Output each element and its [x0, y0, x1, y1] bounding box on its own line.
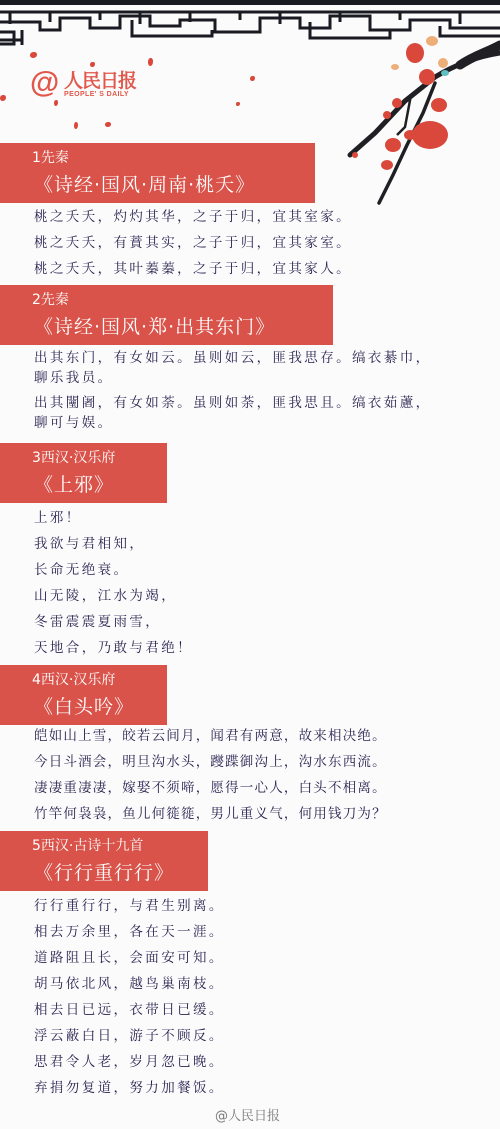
section-title: 《上邪》 [34, 473, 114, 497]
poem-line: 桃之夭夭，灼灼其华，之子于归，宜其室家。 [34, 204, 352, 230]
poem-line: 竹竿何袅袅，鱼儿何簁簁，男儿重义气，何用钱刀为？ [34, 801, 387, 827]
petal-decoration [54, 100, 58, 106]
poem-body-3: 上邪！ 我欲与君相知， 长命无绝衰。 山无陵，江水为竭， 冬雷震震夏雨雪， 天地… [34, 505, 193, 661]
petal-decoration [236, 102, 240, 106]
petal-decoration [148, 58, 153, 66]
poem-body-1: 桃之夭夭，灼灼其华，之子于归，宜其室家。 桃之夭夭，有蕡其实，之子于归，宜其家室… [34, 204, 352, 282]
poem-line: 思君令人老，岁月忽已晚。 [34, 1049, 225, 1075]
petal-decoration [30, 52, 37, 58]
section-title: 《白头吟》 [34, 695, 134, 719]
section-banner-5: 5西汉·古诗十九首 《行行重行行》 [0, 831, 208, 891]
poem-line: 相去万余里，各在天一涯。 [34, 919, 225, 945]
petal-decoration [74, 122, 78, 129]
poem-line: 上邪！ [34, 505, 193, 531]
poem-line: 桃之夭夭，其叶蓁蓁，之子于归，宜其家人。 [34, 256, 352, 282]
poem-line: 长命无绝衰。 [34, 557, 193, 583]
petal-decoration [105, 122, 111, 127]
poem-line: 弃捐勿复道，努力加餐饭。 [34, 1075, 225, 1101]
section-banner-1: 1先秦 《诗经·国风·周南·桃夭》 [0, 143, 315, 203]
section-banner-3: 3西汉·汉乐府 《上邪》 [0, 443, 167, 503]
section-title: 《诗经·国风·郑·出其东门》 [34, 315, 275, 339]
logo-english-name: PEOPLE' S DAILY [64, 91, 129, 98]
section-era: 2先秦 [32, 291, 69, 309]
poem-body-2: 出其东门，有女如云。虽则如云，匪我思存。缟衣綦巾，聊乐我员。 出其闉阇，有女如荼… [34, 348, 444, 438]
poem-body-4: 皑如山上雪，皎若云间月，闻君有两意，故来相决绝。 今日斗酒会，明旦沟水头，躞蹀御… [34, 723, 387, 827]
poem-line: 桃之夭夭，有蕡其实，之子于归，宜其家室。 [34, 230, 352, 256]
poem-line: 皑如山上雪，皎若云间月，闻君有两意，故来相决绝。 [34, 723, 387, 749]
section-title: 《行行重行行》 [34, 861, 174, 885]
petal-decoration [0, 95, 6, 101]
section-banner-4: 4西汉·汉乐府 《白头吟》 [0, 665, 167, 725]
poem-line: 道路阻且长，会面安可知。 [34, 945, 225, 971]
poem-line: 胡马依北风，越鸟巢南枝。 [34, 971, 225, 997]
poem-line: 凄凄重凄凄，嫁娶不须啼，愿得一心人，白头不相离。 [34, 775, 387, 801]
section-banner-2: 2先秦 《诗经·国风·郑·出其东门》 [0, 285, 333, 345]
peoples-daily-logo: @ 人民日报 PEOPLE' S DAILY [30, 66, 140, 104]
plum-blossom-branch-decoration [335, 35, 500, 210]
section-era: 1先秦 [32, 149, 69, 167]
logo-at-sign: @ [30, 66, 59, 100]
petal-decoration [250, 76, 255, 81]
section-era: 5西汉·古诗十九首 [32, 837, 143, 855]
poem-line: 浮云蔽白日，游子不顾反。 [34, 1023, 225, 1049]
poem-body-5: 行行重行行，与君生别离。 相去万余里，各在天一涯。 道路阻且长，会面安可知。 胡… [34, 893, 225, 1101]
poem-line: 出其闉阇，有女如荼。虽则如荼，匪我思且。缟衣茹藘，聊可与娱。 [34, 393, 444, 433]
section-era: 3西汉·汉乐府 [32, 449, 115, 467]
poem-line: 冬雷震震夏雨雪， [34, 609, 193, 635]
poem-line: 我欲与君相知， [34, 531, 193, 557]
poem-line: 行行重行行，与君生别离。 [34, 893, 225, 919]
watermark: @人民日报 [215, 1105, 280, 1124]
section-era: 4西汉·汉乐府 [32, 671, 115, 689]
poem-line: 出其东门，有女如云。虽则如云，匪我思存。缟衣綦巾，聊乐我员。 [34, 348, 444, 388]
poem-line: 天地合，乃敢与君绝！ [34, 635, 193, 661]
section-title: 《诗经·国风·周南·桃夭》 [34, 173, 255, 197]
logo-chinese-name: 人民日报 [64, 70, 136, 92]
poem-line: 相去日已远，衣带日已缓。 [34, 997, 225, 1023]
poem-line: 山无陵，江水为竭， [34, 583, 193, 609]
poem-line: 今日斗酒会，明旦沟水头，躞蹀御沟上，沟水东西流。 [34, 749, 387, 775]
